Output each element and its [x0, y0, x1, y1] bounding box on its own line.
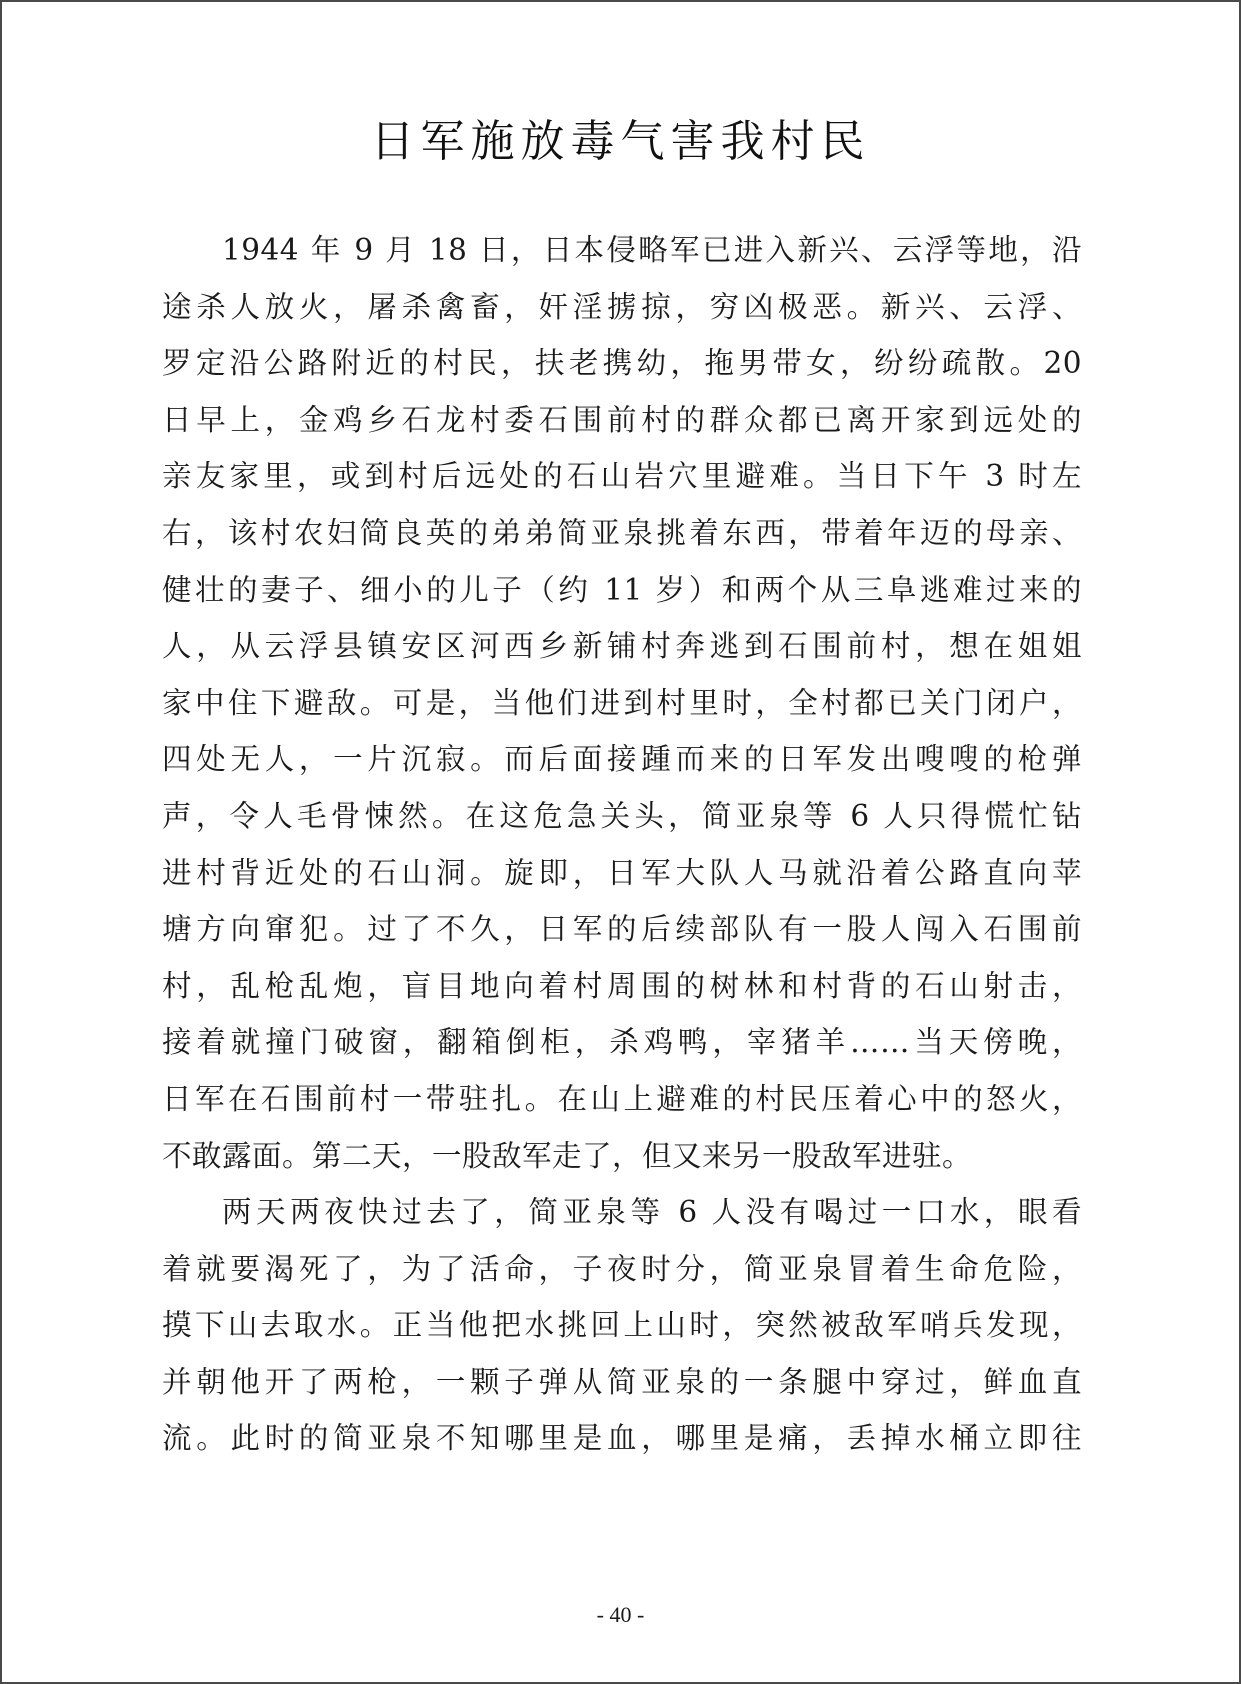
page-title: 日军施放毒气害我村民 — [2, 112, 1239, 172]
text-line: 1944 年 9 月 18 日，日本侵略军已进入新兴、云浮等地，沿 — [162, 222, 1082, 279]
text-line: 声，令人毛骨悚然。在这危急关头，简亚泉等 6 人只得慌忙钻 — [162, 788, 1082, 845]
text-line: 人，从云浮县镇安区河西乡新铺村奔逃到石围前村，想在姐姐 — [162, 618, 1082, 675]
paragraph-1: 1944 年 9 月 18 日，日本侵略军已进入新兴、云浮等地，沿 途杀人放火，… — [162, 222, 1082, 1184]
text-line: 四处无人，一片沉寂。而后面接踵而来的日军发出嗖嗖的枪弹 — [162, 731, 1082, 788]
text-line: 着就要渴死了，为了活命，子夜时分，简亚泉冒着生命危险， — [162, 1241, 1082, 1298]
text-line: 并朝他开了两枪，一颗子弹从简亚泉的一条腿中穿过，鲜血直 — [162, 1354, 1082, 1411]
text-line: 罗定沿公路附近的村民，扶老携幼，拖男带女，纷纷疏散。20 — [162, 335, 1082, 392]
text-line: 接着就撞门破窗，翻箱倒柜，杀鸡鸭，宰猪羊……当天傍晚， — [162, 1014, 1082, 1071]
text-line: 右，该村农妇简良英的弟弟简亚泉挑着东西，带着年迈的母亲、 — [162, 505, 1082, 562]
paragraph-2: 两天两夜快过去了，简亚泉等 6 人没有喝过一口水，眼看 着就要渴死了，为了活命，… — [162, 1184, 1082, 1467]
page-number: - 40 - — [2, 1602, 1239, 1628]
article-body: 1944 年 9 月 18 日，日本侵略军已进入新兴、云浮等地，沿 途杀人放火，… — [162, 222, 1082, 1467]
text-line: 日早上，金鸡乡石龙村委石围前村的群众都已离开家到远处的 — [162, 392, 1082, 449]
text-line: 亲友家里，或到村后远处的石山岩穴里避难。当日下午 3 时左 — [162, 448, 1082, 505]
text-line: 流。此时的简亚泉不知哪里是血，哪里是痛，丢掉水桶立即往 — [162, 1410, 1082, 1467]
text-line: 家中住下避敌。可是，当他们进到村里时，全村都已关门闭户， — [162, 675, 1082, 732]
text-line: 进村背近处的石山洞。旋即，日军大队人马就沿着公路直向苹 — [162, 845, 1082, 902]
text-line: 塘方向窜犯。过了不久，日军的后续部队有一股人闯入石围前 — [162, 901, 1082, 958]
text-line: 健壮的妻子、细小的儿子（约 11 岁）和两个从三阜逃难过来的 — [162, 562, 1082, 619]
document-page: 日军施放毒气害我村民 1944 年 9 月 18 日，日本侵略军已进入新兴、云浮… — [0, 0, 1241, 1684]
text-line: 村，乱枪乱炮，盲目地向着村周围的树林和村背的石山射击， — [162, 958, 1082, 1015]
text-line: 日军在石围前村一带驻扎。在山上避难的村民压着心中的怒火， — [162, 1071, 1082, 1128]
text-line: 途杀人放火，屠杀禽畜，奸淫掳掠，穷凶极恶。新兴、云浮、 — [162, 279, 1082, 336]
text-line: 不敢露面。第二天，一股敌军走了，但又来另一股敌军进驻。 — [162, 1128, 1082, 1185]
text-line: 摸下山去取水。正当他把水挑回上山时，突然被敌军哨兵发现， — [162, 1297, 1082, 1354]
text-line: 两天两夜快过去了，简亚泉等 6 人没有喝过一口水，眼看 — [162, 1184, 1082, 1241]
